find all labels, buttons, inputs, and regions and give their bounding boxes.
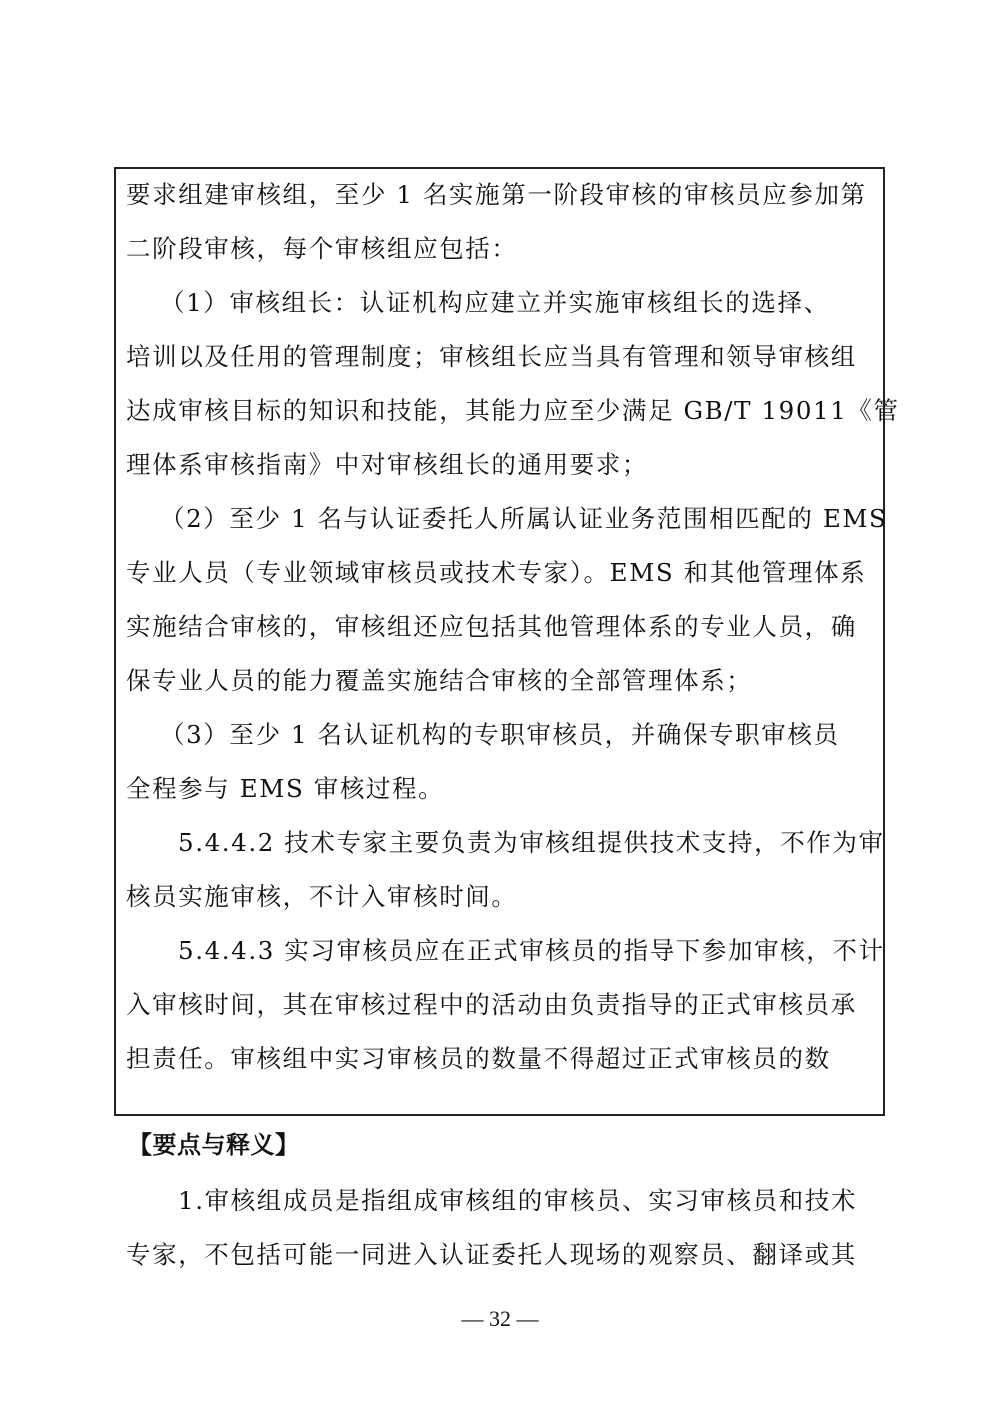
- page-number: — 32 —: [0, 1306, 1000, 1332]
- box-line: 培训以及任用的管理制度；审核组长应当具有管理和领导审核组: [126, 342, 857, 372]
- box-line: 二阶段审核，每个审核组应包括：: [126, 234, 518, 264]
- box-line: 担责任。审核组中实习审核员的数量不得超过正式审核员的数: [126, 1044, 831, 1074]
- section-line: 专家，不包括可能一同进入认证委托人现场的观察员、翻译或其: [126, 1240, 857, 1270]
- box-line: 保专业人员的能力覆盖实施结合审核的全部管理体系；: [126, 666, 752, 696]
- box-line: 达成审核目标的知识和技能，其能力应至少满足 GB/T 19011《管: [126, 396, 900, 426]
- box-line: （3）至少 1 名认证机构的专职审核员，并确保专职审核员: [160, 720, 840, 750]
- box-line: 实施结合审核的，审核组还应包括其他管理体系的专业人员，确: [126, 612, 857, 642]
- box-line: （2）至少 1 名与认证委托人所属认证业务范围相匹配的 EMS: [160, 504, 887, 534]
- box-line: 全程参与 EMS 审核过程。: [126, 774, 444, 804]
- box-line: 5.4.4.2 技术专家主要负责为审核组提供技术支持，不作为审: [178, 828, 885, 858]
- box-line: 理体系审核指南》中对审核组长的通用要求；: [126, 450, 648, 480]
- section-line: 1.审核组成员是指组成审核组的审核员、实习审核员和技术: [178, 1186, 857, 1216]
- box-line: （1）审核组长：认证机构应建立并实施审核组长的选择、: [160, 288, 830, 318]
- box-line: 核员实施审核，不计入审核时间。: [126, 882, 518, 912]
- section-heading: 【要点与释义】: [128, 1130, 300, 1160]
- box-line: 要求组建审核组，至少 1 名实施第一阶段审核的审核员应参加第: [126, 180, 867, 210]
- box-line: 入审核时间，其在审核过程中的活动由负责指导的正式审核员承: [126, 990, 857, 1020]
- box-line: 5.4.4.3 实习审核员应在正式审核员的指导下参加审核，不计: [178, 936, 885, 966]
- box-line: 专业人员（专业领域审核员或技术专家）。EMS 和其他管理体系: [126, 558, 866, 588]
